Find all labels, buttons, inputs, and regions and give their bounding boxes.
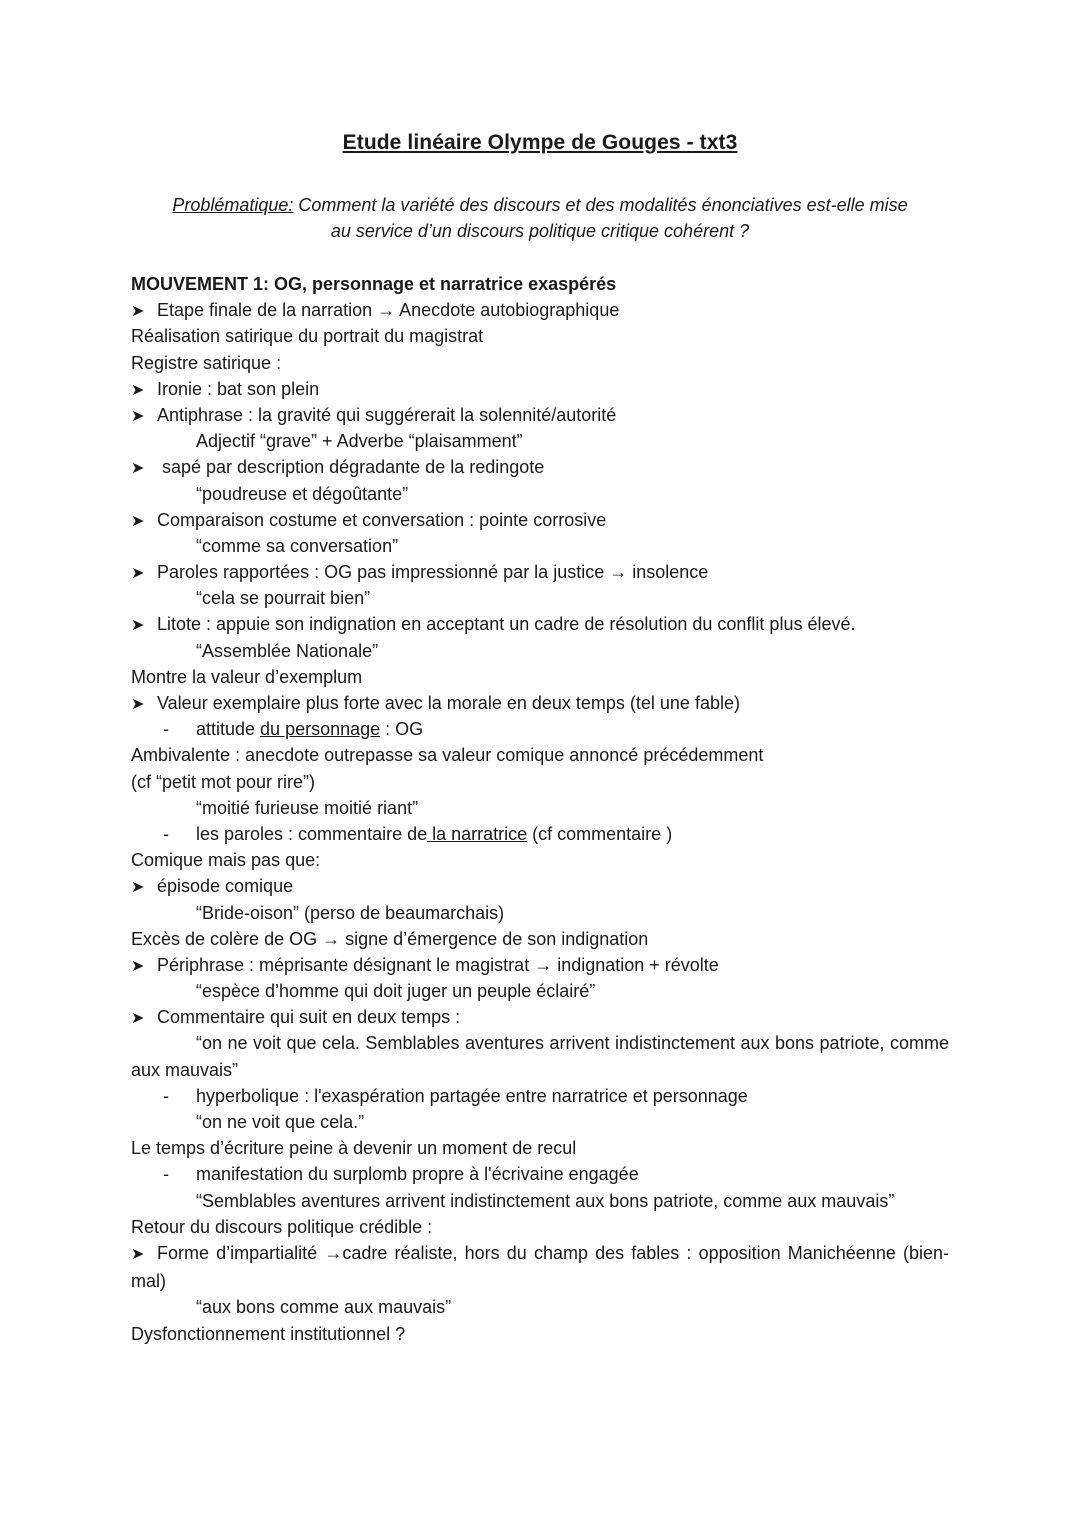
quote-line: Adjectif “grave” + Adverbe “plaisamment” [131,428,949,454]
problematique: Problématique: Comment la variété des di… [131,192,949,244]
bullet-arrow-icon: ➤ [131,875,157,901]
text-line: Excès de colère de OG → signe d’émergenc… [131,926,949,952]
quote-line: “Assemblée Nationale” [131,638,949,664]
bullet-arrow-icon: ➤ [131,404,157,430]
text-line: Retour du discours politique crédible : [131,1214,949,1240]
dash-bullet-icon: - [163,716,196,742]
quote-line: “poudreuse et dégoûtante” [131,481,949,507]
quote-line: “moitié furieuse moitié riant” [131,795,949,821]
quote-paragraph: “on ne voit que cela. Semblables aventur… [131,1030,949,1082]
dash-bullet-icon: - [163,1083,196,1109]
list-item: ➤Antiphrase : la gravité qui suggérerait… [131,402,949,428]
text-line: Registre satirique : [131,350,949,376]
problematique-text-2: au service d’un discours politique criti… [131,218,949,244]
text-line: Réalisation satirique du portrait du mag… [131,323,949,349]
list-item: ➤Comparaison costume et conversation : p… [131,507,949,533]
text-line: Ambivalente : anecdote outrepasse sa val… [131,742,949,768]
quote-paragraph: “Semblables aventures arrivent indistinc… [131,1188,949,1214]
text-line: Comique mais pas que: [131,847,949,873]
quote-line: “Bride-oison” (perso de beaumarchais) [131,900,949,926]
quote-line: “espèce d’homme qui doit juger un peuple… [131,978,949,1004]
list-item: ➤Forme d’impartialité →cadre réaliste, h… [131,1240,949,1294]
bullet-arrow-icon: ➤ [131,456,157,482]
list-item: ➤Ironie : bat son plein [131,376,949,402]
dash-item: -hyperbolique : l'exaspération partagée … [131,1083,949,1109]
dash-item: -attitude du personnage : OG [131,716,949,742]
problematique-label: Problématique: [172,195,293,215]
list-item: ➤Etape finale de la narration → Anecdote… [131,297,949,323]
list-item: ➤Commentaire qui suit en deux temps : [131,1004,949,1030]
quote-line: “comme sa conversation” [131,533,949,559]
bullet-arrow-icon: ➤ [131,613,157,639]
quote-line: “on ne voit que cela.” [131,1109,949,1135]
bullet-arrow-icon: ➤ [131,561,157,587]
dash-item: -manifestation du surplomb propre à l'éc… [131,1161,949,1187]
dash-item: -les paroles : commentaire de la narratr… [131,821,949,847]
bullet-arrow-icon: ➤ [131,1006,157,1032]
list-item: ➤ sapé par description dégradante de la … [131,454,949,480]
section-heading: MOUVEMENT 1: OG, personnage et narratric… [131,271,949,297]
text-line: (cf “petit mot pour rire”) [131,769,949,795]
list-item: ➤Valeur exemplaire plus forte avec la mo… [131,690,949,716]
bullet-arrow-icon: ➤ [131,299,157,325]
bullet-arrow-icon: ➤ [131,378,157,404]
dash-bullet-icon: - [163,821,196,847]
text-line: Montre la valeur d’exemplum [131,664,949,690]
document-title: Etude linéaire Olympe de Gouges - txt3 [131,131,949,155]
list-item: ➤Périphrase : méprisante désignant le ma… [131,952,949,978]
bullet-arrow-icon: ➤ [131,954,157,980]
bullet-arrow-icon: ➤ [131,692,157,718]
text-line: Le temps d’écriture peine à devenir un m… [131,1135,949,1161]
dash-bullet-icon: - [163,1161,196,1187]
text-line: Dysfonctionnement institutionnel ? [131,1321,949,1347]
list-item: ➤Paroles rapportées : OG pas impressionn… [131,559,949,585]
quote-line: “aux bons comme aux mauvais” [131,1294,949,1320]
problematique-text-1: Comment la variété des discours et des m… [293,195,907,215]
document-body: MOUVEMENT 1: OG, personnage et narratric… [131,271,949,1347]
list-item: ➤épisode comique [131,873,949,899]
list-item: ➤Litote : appuie son indignation en acce… [131,611,949,637]
bullet-arrow-icon: ➤ [131,1242,157,1268]
bullet-arrow-icon: ➤ [131,509,157,535]
quote-line: “cela se pourrait bien” [131,585,949,611]
